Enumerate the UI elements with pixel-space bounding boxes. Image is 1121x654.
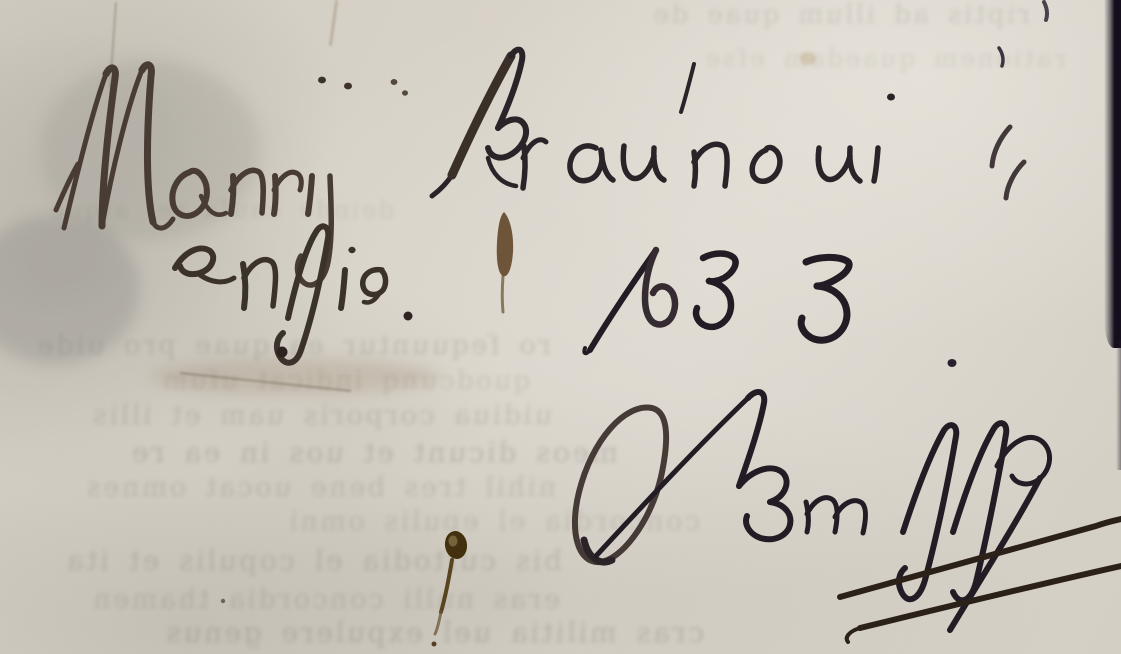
word-ensis-handwriting [175,226,413,362]
ink-speck [221,599,225,603]
ink-blot [432,530,469,647]
word-braunoui-handwriting [432,48,1003,196]
inscription-artwork [0,0,1121,654]
ink-drip [497,212,513,312]
signature-handwriting [575,392,1050,630]
ink-dot [948,359,957,367]
edge-tick [1044,2,1047,20]
word-monrij-handwriting [56,65,408,285]
page-edge-shadow-tail [1116,340,1121,470]
hyphen-mark-handwriting [992,127,1024,198]
page-edge-shadow [1104,0,1121,348]
year-1633-handwriting [584,250,849,353]
manuscript-page-photo: riptis ad illum quae de rationem quaedam… [0,0,1121,654]
